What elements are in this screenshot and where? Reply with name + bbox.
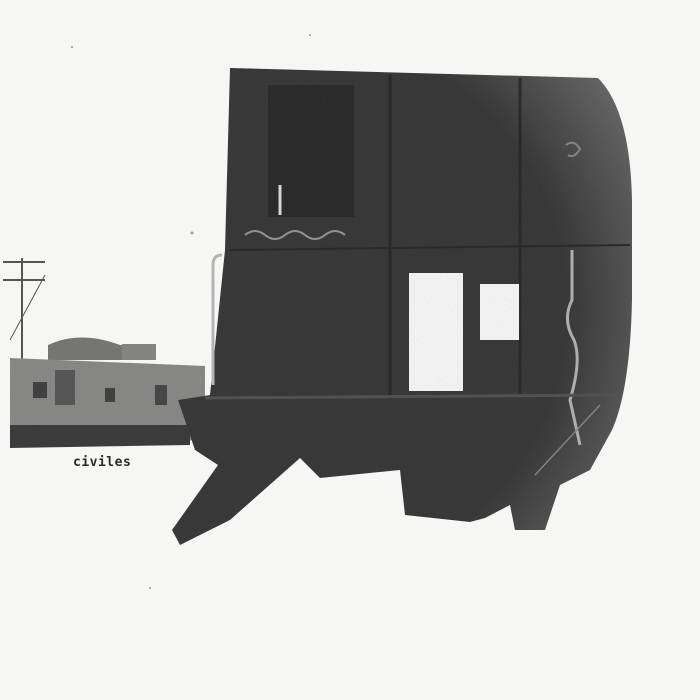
album-title: civiles: [73, 455, 131, 470]
cover-artwork: [0, 0, 700, 700]
background-caboose: [10, 338, 205, 449]
train-car: [172, 68, 632, 545]
album-cover: civiles: [0, 0, 700, 700]
